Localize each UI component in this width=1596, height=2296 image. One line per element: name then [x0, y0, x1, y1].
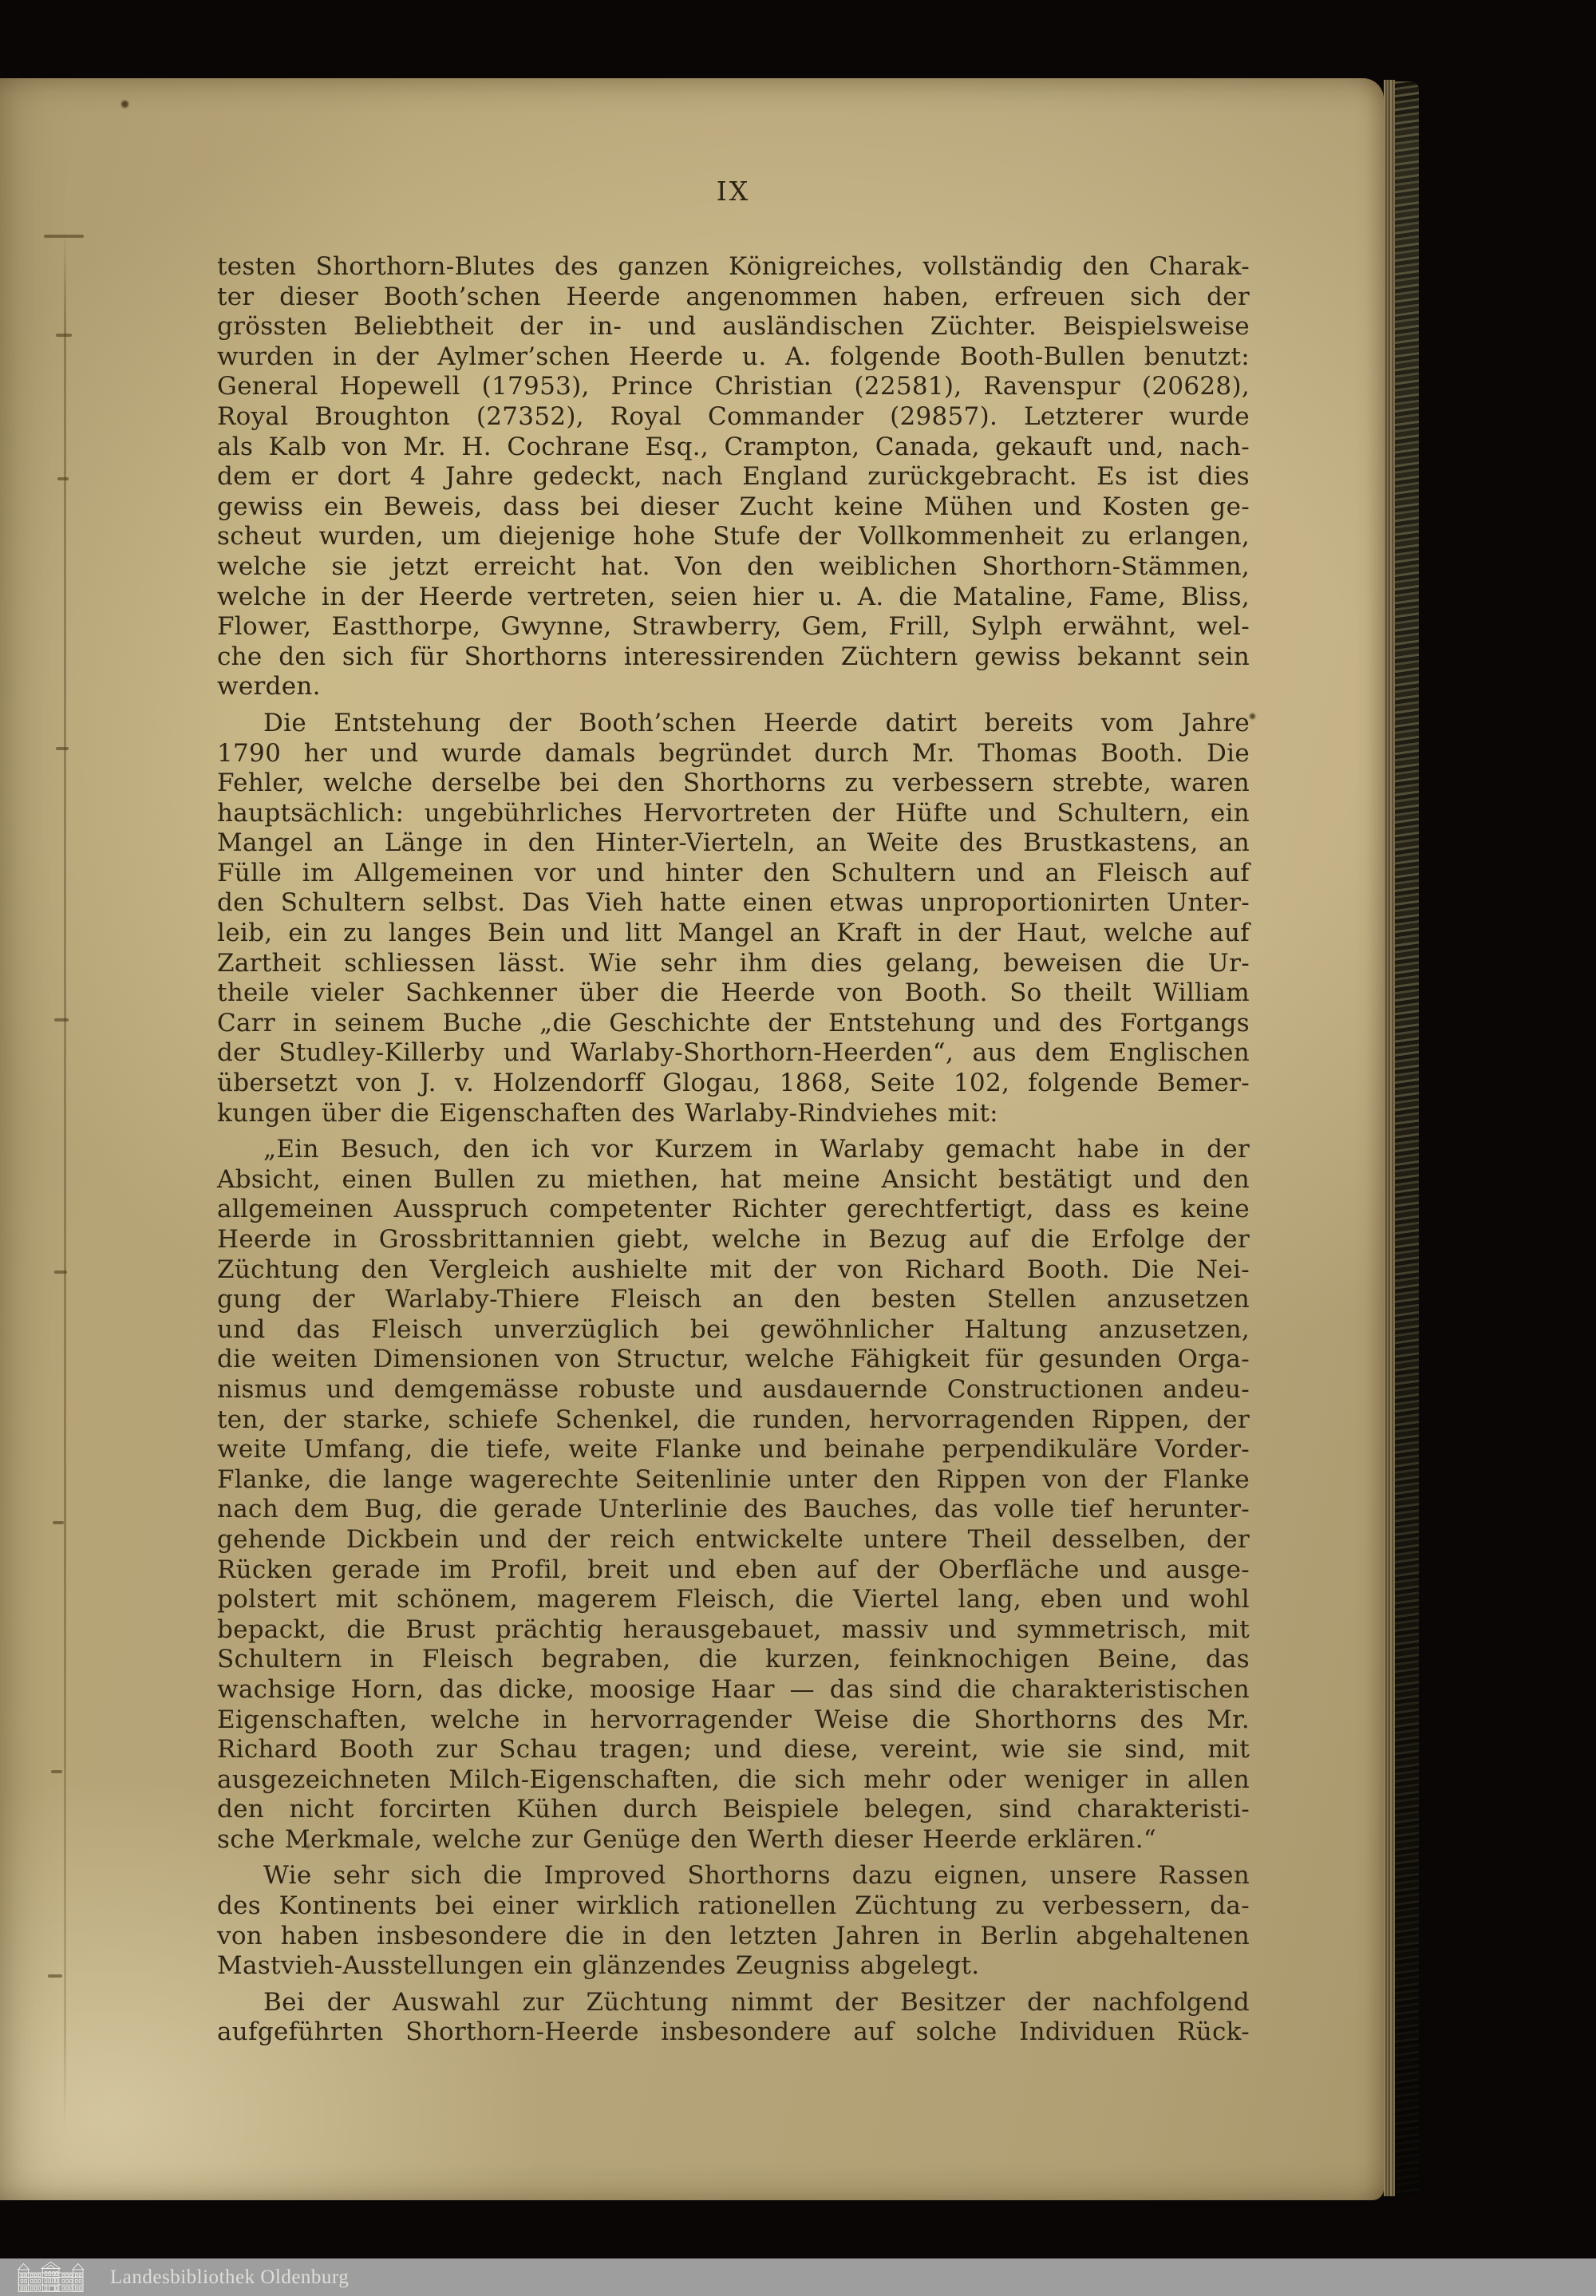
- text-line: wurden in der Aylmer’schen Heerde u. A. …: [217, 342, 1250, 373]
- text-line: General Hopewell (17953), Prince Christi…: [217, 372, 1250, 402]
- text-line: Bei der Auswahl zur Züchtung nimmt der B…: [217, 1988, 1250, 2018]
- text-line: den Schultern selbst. Das Vieh hatte ein…: [217, 888, 1250, 919]
- text-line: Royal Broughton (27352), Royal Commander…: [217, 402, 1250, 433]
- text-line: gewiss ein Beweis, dass bei dieser Zucht…: [217, 492, 1250, 523]
- book-fore-edge-texture: [1395, 81, 1419, 2195]
- text-line: hauptsächlich: ungebührliches Hervortret…: [217, 799, 1250, 829]
- book-page-block-edge: [1384, 80, 1395, 2196]
- text-line: Flower, Eastthorpe, Gwynne, Strawberry, …: [217, 612, 1250, 642]
- paragraph: Die Entstehung der Booth’schen Heerde da…: [217, 709, 1250, 1128]
- text-line: 1790 her und wurde damals begründet durc…: [217, 739, 1250, 769]
- text-line: Die Entstehung der Booth’schen Heerde da…: [217, 709, 1250, 739]
- paragraph: „Ein Besuch, den ich vor Kurzem in Warla…: [217, 1135, 1250, 1855]
- text-line: kungen über die Eigenschaften des Warlab…: [217, 1099, 1250, 1129]
- text-block: testen Shorthorn-Blutes des ganzen König…: [217, 252, 1250, 2048]
- library-footer-bar: Landesbibliothek Oldenburg: [0, 2258, 1596, 2296]
- text-line: von haben insbesondere die in den letzte…: [217, 1922, 1250, 1952]
- text-line: allgemeinen Ausspruch competenter Richte…: [217, 1195, 1250, 1225]
- text-line: Mangel an Länge in den Hinter-Vierteln, …: [217, 828, 1250, 859]
- text-line: aufgeführten Shorthorn-Heerde insbesonde…: [217, 2017, 1250, 2048]
- text-line: gehende Dickbein und der reich entwickel…: [217, 1525, 1250, 1555]
- text-line: leib, ein zu langes Bein und litt Mangel…: [217, 919, 1250, 949]
- text-line: Schultern in Fleisch begraben, die kurze…: [217, 1645, 1250, 1675]
- text-line: den nicht forcirten Kühen durch Beispiel…: [217, 1795, 1250, 1825]
- text-line: Richard Booth zur Schau tragen; und dies…: [217, 1735, 1250, 1765]
- library-name-label: Landesbibliothek Oldenburg: [110, 2258, 349, 2296]
- text-line: Rücken gerade im Profil, breit und eben …: [217, 1555, 1250, 1586]
- text-line: Wie sehr sich die Improved Shorthorns da…: [217, 1861, 1250, 1891]
- text-line: ter dieser Booth’schen Heerde angenommen…: [217, 283, 1250, 313]
- text-line: welche sie jetzt erreicht hat. Von den w…: [217, 552, 1250, 583]
- text-line: werden.: [217, 672, 1250, 702]
- text-line: dem er dort 4 Jahre gedeckt, nach Englan…: [217, 462, 1250, 492]
- text-line: Absicht, einen Bullen zu miethen, hat me…: [217, 1165, 1250, 1195]
- text-line: nismus und demgemässe robuste und ausdau…: [217, 1375, 1250, 1405]
- text-line: wachsige Horn, das dicke, moosige Haar —…: [217, 1675, 1250, 1705]
- text-line: Flanke, die lange wagerechte Seitenlinie…: [217, 1465, 1250, 1496]
- text-line: scheut wurden, um diejenige hohe Stufe d…: [217, 522, 1250, 552]
- text-line: weite Umfang, die tiefe, weite Flanke un…: [217, 1435, 1250, 1465]
- scan-artifact: [44, 235, 84, 238]
- text-line: bepackt, die Brust prächtig herausgebaue…: [217, 1615, 1250, 1646]
- text-line: und das Fleisch unverzüglich bei gewöhnl…: [217, 1315, 1250, 1346]
- text-line: welche in der Heerde vertreten, seien hi…: [217, 583, 1250, 613]
- text-line: der Studley-Killerby und Warlaby-Shortho…: [217, 1038, 1250, 1069]
- scan-artifact: [48, 1974, 62, 1978]
- scan-artifact: [56, 334, 72, 337]
- page-number: IX: [217, 176, 1250, 207]
- paragraph: testen Shorthorn-Blutes des ganzen König…: [217, 252, 1250, 702]
- scan-artifact: [56, 747, 69, 750]
- text-line: che den sich für Shorthorns interessiren…: [217, 642, 1250, 673]
- text-line: Zartheit schliessen lässt. Wie sehr ihm …: [217, 949, 1250, 979]
- scanned-book-page: IX testen Shorthorn-Blutes des ganzen Kö…: [0, 0, 1596, 2296]
- text-line: ten, der starke, schiefe Schenkel, die r…: [217, 1405, 1250, 1436]
- scan-artifact: [54, 1271, 67, 1274]
- text-line: Heerde in Grossbrittannien giebt, welche…: [217, 1225, 1250, 1255]
- scan-artifact: [54, 1018, 69, 1022]
- text-line: theile vieler Sachkenner über die Heerde…: [217, 978, 1250, 1009]
- text-line: Fülle im Allgemeinen vor und hinter den …: [217, 859, 1250, 889]
- text-line: polstert mit schönem, magerem Fleisch, d…: [217, 1585, 1250, 1615]
- text-line: Eigenschaften, welche in hervorragender …: [217, 1705, 1250, 1736]
- scan-artifact: [121, 101, 128, 108]
- scan-artifact: [1250, 713, 1255, 719]
- text-line: nach dem Bug, die gerade Unterlinie des …: [217, 1495, 1250, 1525]
- text-line: Carr in seinem Buche „die Geschichte der…: [217, 1009, 1250, 1039]
- paragraph: Wie sehr sich die Improved Shorthorns da…: [217, 1861, 1250, 1981]
- text-line: testen Shorthorn-Blutes des ganzen König…: [217, 252, 1250, 283]
- scan-artifact: [57, 477, 69, 480]
- library-building-icon: [5, 2261, 99, 2294]
- scan-artifact: [51, 1770, 62, 1773]
- text-line: Züchtung den Vergleich aushielte mit der…: [217, 1255, 1250, 1286]
- text-line: ausgezeichneten Milch-Eigenschaften, die…: [217, 1765, 1250, 1796]
- text-line: Mastvieh-Ausstellungen ein glänzendes Ze…: [217, 1951, 1250, 1982]
- text-line: als Kalb von Mr. H. Cochrane Esq., Cramp…: [217, 433, 1250, 463]
- text-line: des Kontinents bei einer wirklich ration…: [217, 1891, 1250, 1922]
- paragraph: Bei der Auswahl zur Züchtung nimmt der B…: [217, 1988, 1250, 2048]
- text-line: „Ein Besuch, den ich vor Kurzem in Warla…: [217, 1135, 1250, 1165]
- binding-thread-crease: [64, 231, 66, 2129]
- text-line: sche Merkmale, welche zur Genüge den Wer…: [217, 1825, 1250, 1855]
- text-line: Fehler, welche derselbe bei den Shorthor…: [217, 769, 1250, 799]
- scan-artifact: [53, 1521, 64, 1524]
- text-line: gung der Warlaby-Thiere Fleisch an den b…: [217, 1285, 1250, 1315]
- text-line: grössten Beliebtheit der in- und ausländ…: [217, 312, 1250, 342]
- text-line: übersetzt von J. v. Holzendorff Glogau, …: [217, 1069, 1250, 1099]
- text-line: die weiten Dimensionen von Structur, wel…: [217, 1345, 1250, 1375]
